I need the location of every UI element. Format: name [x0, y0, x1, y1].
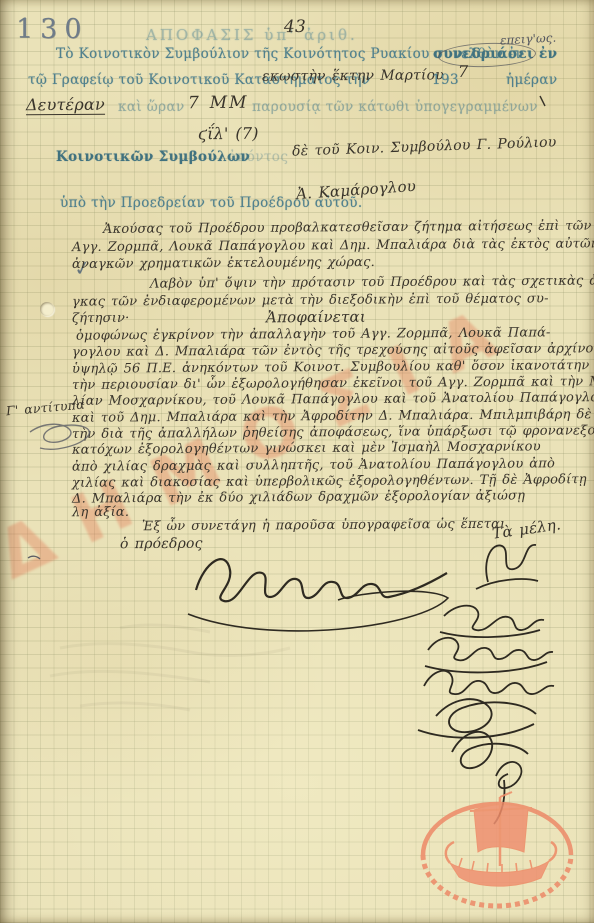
member-signature	[440, 606, 544, 637]
ship-icon	[446, 792, 556, 886]
president-signature	[188, 559, 448, 631]
margin-pencil-flourish	[30, 424, 89, 449]
member-signatures	[418, 545, 554, 824]
left-edge-mark	[28, 556, 40, 559]
member-signature	[424, 671, 554, 694]
ditto-mark	[540, 96, 545, 106]
member-signature	[425, 638, 553, 673]
bleedthrough-marks	[50, 625, 290, 710]
ink-and-stamp-layer	[0, 0, 594, 923]
scanned-minutes-page: ΔΗΜΟΣΙΑ 130 ΑΠΟΦΑΣΙΣ ὑπ' ἀριθ. 43 επειγ'…	[0, 0, 594, 923]
ship-stamp	[423, 792, 571, 906]
member-signature	[476, 545, 538, 589]
